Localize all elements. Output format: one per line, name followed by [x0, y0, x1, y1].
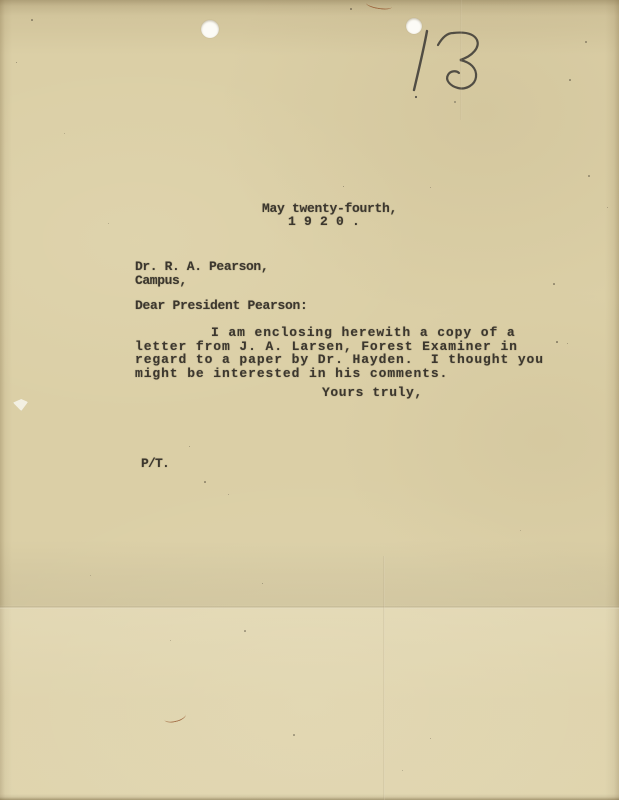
- fold-crease-vertical-top: [460, 0, 462, 120]
- paper-speck: [262, 583, 263, 584]
- paper-speck: [350, 8, 352, 10]
- handwritten-page-number: 13: [400, 28, 490, 108]
- body-line-1: I am enclosing herewith a copy of a: [211, 326, 516, 339]
- recipient-address: Campus,: [135, 274, 187, 287]
- recipient-name: Dr. R. A. Pearson,: [135, 260, 268, 273]
- punch-hole-left: [201, 20, 219, 38]
- paper-speck: [90, 575, 91, 576]
- paper-speck: [556, 341, 558, 343]
- fold-crease-horizontal: [0, 606, 619, 609]
- paper-speck: [520, 530, 521, 531]
- body-line-3: regard to a paper by Dr. Hayden. I thoug…: [135, 353, 544, 366]
- paper-speck: [31, 19, 33, 21]
- paper-speck: [553, 283, 555, 285]
- paper-speck: [108, 223, 109, 224]
- body-line-4: might be interested in his comments.: [135, 367, 448, 380]
- date-line-2: 1 9 2 0 .: [288, 215, 360, 228]
- paper-speck: [430, 187, 431, 188]
- paper-speck: [170, 640, 171, 641]
- closing: Yours truly,: [322, 386, 423, 399]
- paper-fiber-bottom: [163, 709, 187, 724]
- paper-chip: [13, 399, 28, 411]
- paper-speck: [244, 630, 246, 632]
- paper-speck: [343, 186, 344, 187]
- paper-speck: [189, 446, 190, 447]
- paper-speck: [228, 494, 229, 495]
- paper-speck: [430, 738, 431, 739]
- paper-speck: [569, 79, 571, 81]
- paper-speck: [402, 770, 403, 771]
- paper-speck: [585, 41, 587, 43]
- salutation: Dear President Pearson:: [135, 299, 308, 312]
- letter-page: 13 May twenty-fourth, 1 9 2 0 . Dr. R. A…: [0, 0, 619, 800]
- paper-speck: [293, 734, 295, 736]
- paper-speck: [204, 481, 206, 483]
- fold-crease-vertical: [383, 556, 385, 800]
- paper-speck: [567, 343, 568, 344]
- paper-speck: [64, 133, 65, 134]
- paper-speck: [607, 207, 608, 208]
- paper-fiber-top: [366, 0, 393, 11]
- paper-speck: [588, 175, 590, 177]
- paper-speck: [16, 62, 17, 63]
- typist-initials: P/T.: [141, 457, 169, 470]
